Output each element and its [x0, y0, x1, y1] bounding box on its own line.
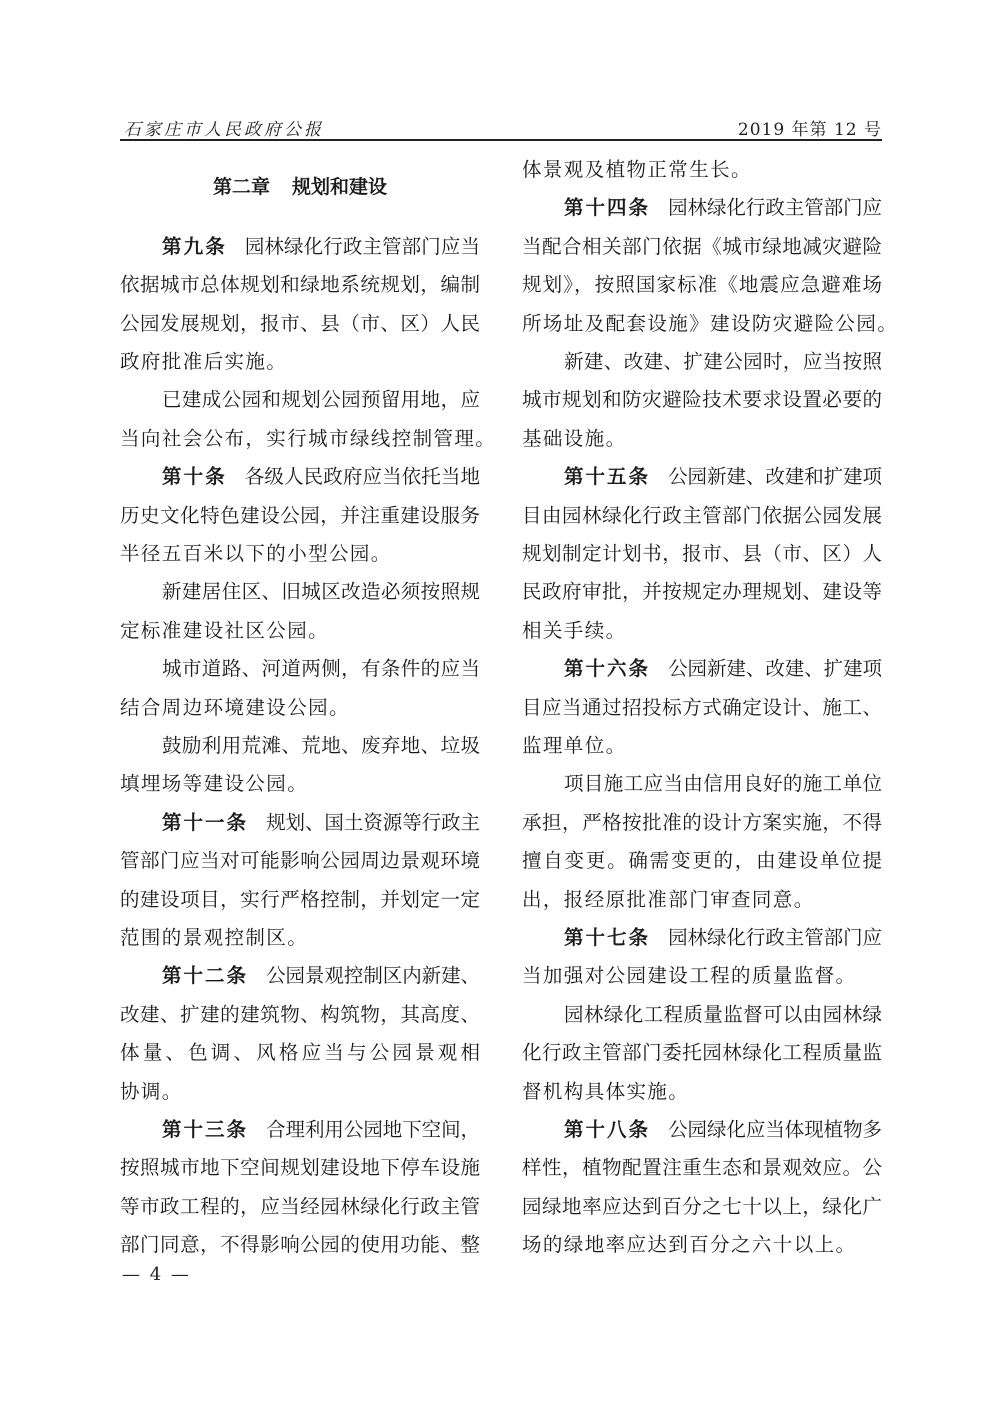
line-text: 等市政工程的，应当经园林绿化行政主管: [120, 1195, 480, 1218]
issue-number: 2019 年第 12 号: [738, 115, 882, 140]
line-text: 体景观及植物正常生长。: [522, 158, 752, 181]
text-line: 化行政主管部门委托园林绿化工程质量监: [522, 1034, 882, 1072]
line-text: 按照城市地下空间规划建设地下停车设施: [120, 1156, 480, 1179]
line-text: 公园新建、改建、扩建项: [668, 657, 882, 680]
text-line: 出，报经原批准部门审查同意。: [522, 881, 882, 919]
line-text: 园林绿化工程质量监督可以由园林绿: [564, 1003, 882, 1026]
article-number: 第十条: [162, 465, 227, 488]
text-line: 体景观及植物正常生长。: [522, 151, 882, 189]
article-number: 第十四条: [564, 196, 650, 219]
line-text: 民政府审批，并按规定办理规划、建设等: [522, 580, 882, 603]
article-number: 第十六条: [564, 657, 650, 680]
line-text: 监理单位。: [522, 734, 627, 757]
line-text: 半径五百米以下的小型公园。: [120, 542, 392, 565]
text-line: 园林绿化工程质量监督可以由园林绿: [522, 996, 882, 1034]
text-line: 目应当通过招投标方式确定设计、施工、: [522, 689, 882, 727]
text-line: 规划》，按照国家标准《地震应急避难场: [522, 266, 882, 304]
line-text: 规划》，按照国家标准《地震应急避难场: [522, 273, 882, 296]
header-rule: [120, 139, 882, 141]
chapter-title: 规划和建设: [292, 176, 387, 198]
article-first-line: 第十二条公园景观控制区内新建、: [120, 957, 480, 995]
line-text: 园绿地率应达到百分之七十以上，绿化广: [522, 1195, 882, 1218]
article-number: 第十三条: [162, 1118, 248, 1141]
line-text: 城市道路、河道两侧，有条件的应当: [162, 657, 480, 680]
text-line: 所场址及配套设施》建设防灾避险公园。: [522, 305, 882, 343]
text-line: 民政府审批，并按规定办理规划、建设等: [522, 573, 882, 611]
line-text: 结合周边环境建设公园。: [120, 696, 350, 719]
line-text: 化行政主管部门委托园林绿化工程质量监: [522, 1041, 882, 1064]
text-line: 园绿地率应达到百分之七十以上，绿化广: [522, 1188, 882, 1226]
line-text: 管部门应当对可能影响公园周边景观环境: [120, 849, 480, 872]
text-line: 按照城市地下空间规划建设地下停车设施: [120, 1149, 480, 1187]
article-number: 第十五条: [564, 465, 650, 488]
line-text: 督机构具体实施。: [522, 1080, 689, 1103]
article-number: 第九条: [162, 235, 227, 258]
line-text: 依据城市总体规划和绿地系统规划，编制: [120, 273, 480, 296]
text-line: 样性，植物配置注重生态和景观效应。公: [522, 1149, 882, 1187]
line-text: 范围的景观控制区。: [120, 926, 308, 949]
text-line: 半径五百米以下的小型公园。: [120, 535, 480, 573]
line-text: 园林绿化行政主管部门应当: [245, 235, 480, 258]
line-text: 历史文化特色建设公园，并注重建设服务: [120, 504, 480, 527]
text-line: 城市规划和防灾避险技术要求设置必要的: [522, 381, 882, 419]
text-line: 的建设项目，实行严格控制，并划定一定: [120, 881, 480, 919]
article-first-line: 第十五条公园新建、改建和扩建项: [522, 458, 882, 496]
line-text: 样性，植物配置注重生态和景观效应。公: [522, 1156, 882, 1179]
line-text: 园林绿化行政主管部门应: [668, 196, 882, 219]
line-text: 公园新建、改建和扩建项: [668, 465, 882, 488]
line-text: 目由园林绿化行政主管部门依据公园发展: [522, 504, 882, 527]
line-text: 目应当通过招投标方式确定设计、施工、: [522, 696, 882, 719]
line-text: 城市规划和防灾避险技术要求设置必要的: [522, 388, 882, 411]
line-text: 承担，严格按批准的设计方案实施，不得: [522, 811, 882, 834]
line-text: 公园景观控制区内新建、: [266, 964, 480, 987]
text-line: 城市道路、河道两侧，有条件的应当: [120, 650, 480, 688]
text-line: 相关手续。: [522, 612, 882, 650]
chapter-number: 第二章: [213, 176, 270, 198]
article-first-line: 第十七条园林绿化行政主管部门应: [522, 919, 882, 957]
line-text: 协调。: [120, 1080, 183, 1103]
text-line: 鼓励利用荒滩、荒地、废弃地、垃圾: [120, 727, 480, 765]
line-text: 体量、色调、风格应当与公园景观相: [120, 1041, 480, 1064]
text-line: 政府批准后实施。: [120, 343, 480, 381]
line-text: 改建、扩建的建筑物、构筑物，其高度、: [120, 1003, 480, 1026]
text-line: 当加强对公园建设工程的质量监督。: [522, 957, 882, 995]
text-line: 擅自变更。确需变更的，由建设单位提: [522, 842, 882, 880]
article-number: 第十二条: [162, 964, 248, 987]
text-line: 监理单位。: [522, 727, 882, 765]
article-first-line: 第十六条公园新建、改建、扩建项: [522, 650, 882, 688]
text-line: 定标准建设社区公园。: [120, 612, 480, 650]
article-first-line: 第十条各级人民政府应当依托当地: [120, 458, 480, 496]
line-text: 规划制定计划书，报市、县（市、区）人: [522, 542, 882, 565]
line-text: 园林绿化行政主管部门应: [668, 926, 882, 949]
text-line: 新建、改建、扩建公园时，应当按照: [522, 343, 882, 381]
text-line: 填埋场等建设公园。: [120, 765, 480, 803]
text-line: 公园发展规划，报市、县（市、区）人民: [120, 305, 480, 343]
line-text: 已建成公园和规划公园预留用地，应: [162, 388, 480, 411]
line-text: 场的绿地率应达到百分之六十以上。: [522, 1233, 856, 1256]
text-line: 体量、色调、风格应当与公园景观相: [120, 1034, 480, 1072]
line-text: 当加强对公园建设工程的质量监督。: [522, 964, 856, 987]
article-number: 第十七条: [564, 926, 650, 949]
line-text: 合理利用公园地下空间，: [266, 1118, 480, 1141]
text-line: 协调。: [120, 1073, 480, 1111]
line-text: 公园绿化应当体现植物多: [668, 1118, 882, 1141]
line-text: 公园发展规划，报市、县（市、区）人民: [120, 312, 480, 335]
line-text: 出，报经原批准部门审查同意。: [522, 888, 815, 911]
line-text: 相关手续。: [522, 619, 627, 642]
line-text: 填埋场等建设公园。: [120, 772, 308, 795]
line-text: 当向社会公布，实行城市绿线控制管理。: [120, 427, 496, 450]
article-first-line: 第十三条合理利用公园地下空间，: [120, 1111, 480, 1149]
text-line: 历史文化特色建设公园，并注重建设服务: [120, 497, 480, 535]
line-text: 定标准建设社区公园。: [120, 619, 329, 642]
line-text: 政府批准后实施。: [120, 350, 287, 373]
line-text: 当配合相关部门依据《城市绿地减灾避险: [522, 235, 882, 258]
article-number: 第十一条: [162, 811, 248, 834]
text-line: 结合周边环境建设公园。: [120, 689, 480, 727]
publication-title: 石家庄市人民政府公报: [124, 115, 324, 140]
line-text: 新建、改建、扩建公园时，应当按照: [564, 350, 882, 373]
article-first-line: 第十四条园林绿化行政主管部门应: [522, 189, 882, 227]
line-text: 部门同意，不得影响公园的使用功能、整: [120, 1233, 480, 1256]
text-line: 督机构具体实施。: [522, 1073, 882, 1111]
text-line: 新建居住区、旧城区改造必须按照规: [120, 573, 480, 611]
line-text: 各级人民政府应当依托当地: [245, 465, 480, 488]
article-first-line: 第九条园林绿化行政主管部门应当: [120, 228, 480, 266]
text-line: 范围的景观控制区。: [120, 919, 480, 957]
text-line: 目由园林绿化行政主管部门依据公园发展: [522, 497, 882, 535]
text-line: 部门同意，不得影响公园的使用功能、整: [120, 1226, 480, 1264]
line-text: 鼓励利用荒滩、荒地、废弃地、垃圾: [162, 734, 480, 757]
text-line: 当配合相关部门依据《城市绿地减灾避险: [522, 228, 882, 266]
text-line: 项目施工应当由信用良好的施工单位: [522, 765, 882, 803]
text-line: 依据城市总体规划和绿地系统规划，编制: [120, 266, 480, 304]
text-line: 改建、扩建的建筑物、构筑物，其高度、: [120, 996, 480, 1034]
text-line: 基础设施。: [522, 420, 882, 458]
chapter-heading: 第二章规划和建设: [210, 168, 390, 206]
text-line: 等市政工程的，应当经园林绿化行政主管: [120, 1188, 480, 1226]
article-first-line: 第十八条公园绿化应当体现植物多: [522, 1111, 882, 1149]
page-number: — 4 —: [122, 1264, 191, 1285]
line-text: 所场址及配套设施》建设防灾避险公园。: [522, 312, 898, 335]
text-line: 承担，严格按批准的设计方案实施，不得: [522, 804, 882, 842]
line-text: 规划、国土资源等行政主: [266, 811, 480, 834]
text-line: 当向社会公布，实行城市绿线控制管理。: [120, 420, 480, 458]
line-text: 新建居住区、旧城区改造必须按照规: [162, 580, 480, 603]
line-text: 的建设项目，实行严格控制，并划定一定: [120, 888, 480, 911]
line-text: 基础设施。: [522, 427, 627, 450]
article-first-line: 第十一条规划、国土资源等行政主: [120, 804, 480, 842]
line-text: 擅自变更。确需变更的，由建设单位提: [522, 849, 882, 872]
text-line: 场的绿地率应达到百分之六十以上。: [522, 1226, 882, 1264]
document-page: 石家庄市人民政府公报 2019 年第 12 号 第二章规划和建设 第九条园林绿化…: [0, 0, 1000, 1414]
line-text: 项目施工应当由信用良好的施工单位: [564, 772, 882, 795]
text-line: 规划制定计划书，报市、县（市、区）人: [522, 535, 882, 573]
text-line: 已建成公园和规划公园预留用地，应: [120, 381, 480, 419]
article-number: 第十八条: [564, 1118, 650, 1141]
text-line: 管部门应当对可能影响公园周边景观环境: [120, 842, 480, 880]
